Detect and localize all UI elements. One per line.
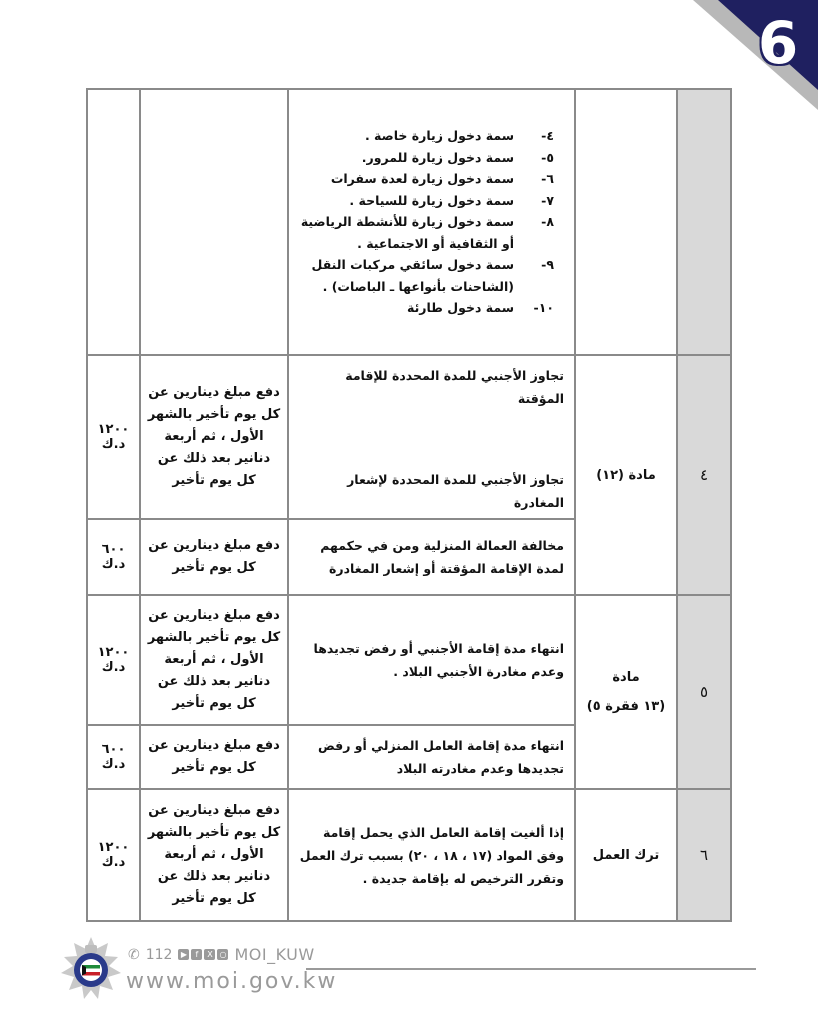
list-item: ٧-سمة دخول زيارة للسياحة .: [299, 190, 564, 212]
row-number-cell: ٤: [677, 355, 731, 595]
article-cell: ترك العمل: [575, 789, 677, 921]
violation-cell: انتهاء مدة إقامة الأجنبي أو رفض تجديدها …: [288, 595, 575, 725]
table-row: ٥ مادة (١٣ فقرة ٥) انتهاء مدة إقامة الأج…: [87, 595, 731, 725]
row-number-cell: [677, 89, 731, 355]
article-cell: مادة (١٣ فقرة ٥): [575, 595, 677, 789]
article-label: مادة: [576, 670, 676, 685]
amount-cell: ٦٠٠ د.ك: [87, 519, 140, 595]
amount-cell: [87, 89, 140, 355]
list-item: ٤-سمة دخول زيارة خاصة .: [299, 125, 564, 147]
table-row: ٤-سمة دخول زيارة خاصة . ٥-سمة دخول زيارة…: [87, 89, 731, 355]
fine-cell: دفع مبلغ دينارين عن كل يوم تأخير: [140, 519, 288, 595]
amount-cell: ١٢٠٠ د.ك: [87, 595, 140, 725]
table-row: ٤ مادة (١٢) تجاوز الأجنبي للمدة المحددة …: [87, 355, 731, 519]
violation-cell: إذا ألغيت إقامة العامل الذي يحمل إقامة و…: [288, 789, 575, 921]
visa-types-cell: ٤-سمة دخول زيارة خاصة . ٥-سمة دخول زيارة…: [288, 89, 575, 355]
amount-cell: ١٢٠٠ د.ك: [87, 355, 140, 519]
article-cell: [575, 89, 677, 355]
article-clause: (١٣ فقرة ٥): [576, 699, 676, 714]
footer: ✆ 112 ▶ f X ○ MOI_KUW www.moi.gov.kw: [58, 935, 768, 1005]
youtube-icon[interactable]: ▶: [178, 949, 189, 960]
violation-cell: مخالفة العمالة المنزلية ومن في حكمهم لمد…: [288, 519, 575, 595]
contact-line: ✆ 112 ▶ f X ○ MOI_KUW: [128, 945, 315, 964]
page-number: 6: [748, 8, 808, 78]
amount-cell: ٦٠٠ د.ك: [87, 725, 140, 789]
kuwait-police-logo-icon: [58, 935, 124, 1001]
list-item: ٥-سمة دخول زيارة للمرور.: [299, 147, 564, 169]
phone-number: 112: [146, 947, 173, 963]
fine-cell: دفع مبلغ دينارين عن كل يوم تأخير بالشهر …: [140, 789, 288, 921]
fine-cell: دفع مبلغ دينارين عن كل يوم تأخير بالشهر …: [140, 355, 288, 519]
list-item: ٨-سمة دخول زيارة للأنشطة الرياضية أو الث…: [299, 211, 564, 254]
fine-cell: دفع مبلغ دينارين عن كل يوم تأخير بالشهر …: [140, 595, 288, 725]
list-item: ١٠-سمة دخول طارئة: [299, 297, 564, 319]
facebook-icon[interactable]: f: [191, 949, 202, 960]
list-item: ٩-سمة دخول سائقي مركبات النقل (الشاحنات …: [299, 254, 564, 297]
list-item: ٦-سمة دخول زيارة لعدة سفرات: [299, 168, 564, 190]
row-number-cell: ٥: [677, 595, 731, 789]
fines-table: ٤-سمة دخول زيارة خاصة . ٥-سمة دخول زيارة…: [86, 88, 732, 890]
fine-cell: دفع مبلغ دينارين عن كل يوم تأخير: [140, 725, 288, 789]
phone-icon: ✆: [128, 947, 140, 963]
social-handle[interactable]: MOI_KUW: [234, 945, 314, 964]
table-row: ٦ ترك العمل إذا ألغيت إقامة العامل الذي …: [87, 789, 731, 921]
violation-cell: انتهاء مدة إقامة العامل المنزلي أو رفض ت…: [288, 725, 575, 789]
website-link[interactable]: www.moi.gov.kw: [126, 969, 337, 994]
violation-cell: تجاوز الأجنبي للمدة المحددة للإقامة المؤ…: [288, 355, 575, 519]
fine-cell: [140, 89, 288, 355]
row-number-cell: ٦: [677, 789, 731, 921]
instagram-icon[interactable]: ○: [217, 949, 228, 960]
social-icons: ▶ f X ○: [178, 949, 228, 960]
x-icon[interactable]: X: [204, 949, 215, 960]
article-cell: مادة (١٢): [575, 355, 677, 595]
violation-text: تجاوز الأجنبي للمدة المحددة للإقامة المؤ…: [299, 364, 564, 410]
visa-list: ٤-سمة دخول زيارة خاصة . ٥-سمة دخول زيارة…: [299, 125, 564, 319]
violation-text: تجاوز الأجنبي للمدة المحددة لإشعار المغا…: [299, 468, 564, 514]
amount-cell: ١٢٠٠ د.ك: [87, 789, 140, 921]
footer-divider: [306, 968, 756, 970]
